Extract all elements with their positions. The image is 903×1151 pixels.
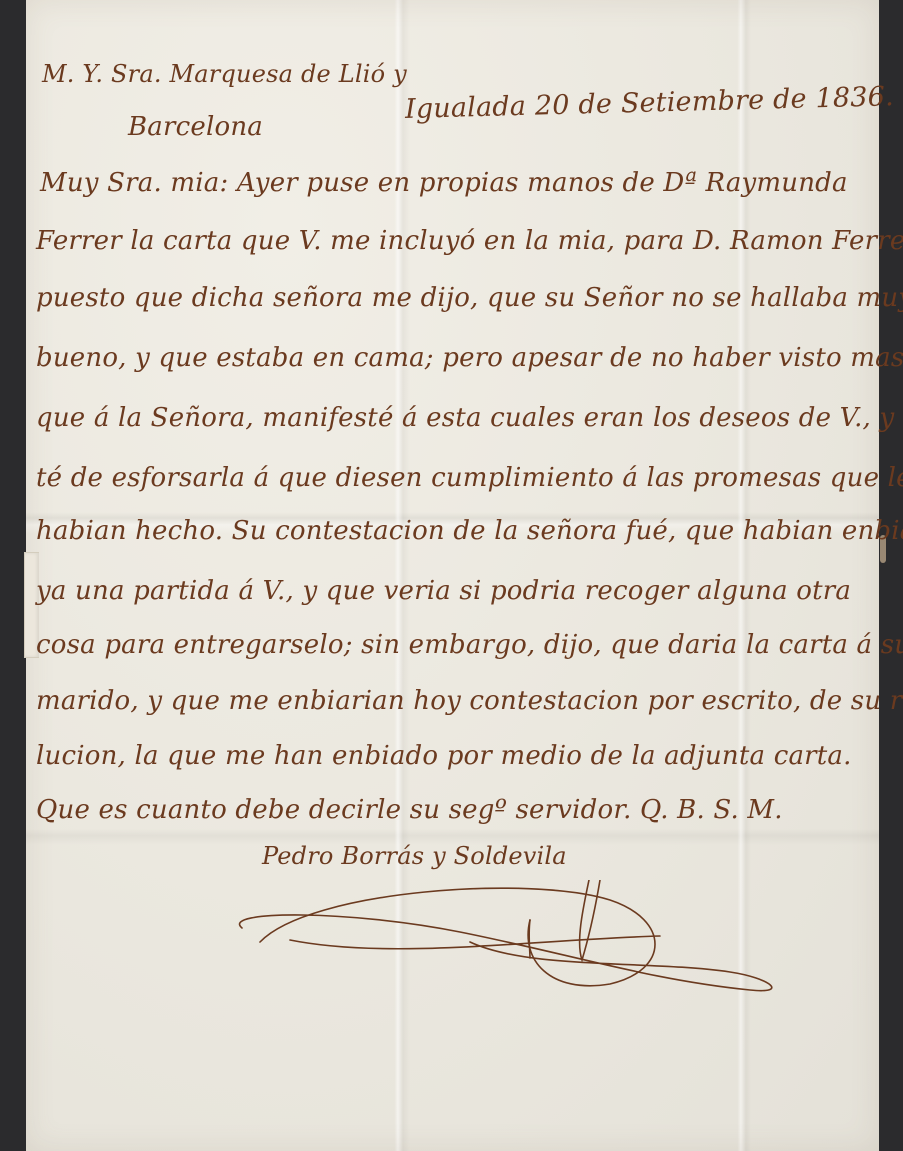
- body-line: té de esforsarla á que diesen cumplimien…: [36, 463, 903, 493]
- addressee-city: Barcelona: [128, 112, 263, 142]
- body-line: habian hecho. Su contestacion de la seño…: [36, 516, 903, 546]
- body-line: Que es cuanto debe decirle su segº servi…: [36, 795, 783, 825]
- body-line: que á la Señora, manifesté á esta cuales…: [36, 403, 903, 433]
- body-line: Muy Sra. mia: Ayer puse en propias manos…: [40, 168, 848, 198]
- signature-name: Pedro Borrás y Soldevila: [262, 842, 567, 870]
- body-line: cosa para entregarselo; sin embargo, dij…: [36, 630, 903, 660]
- body-line: lucion, la que me han enbiado por medio …: [36, 741, 852, 771]
- body-line: marido, y que me enbiarian hoy contestac…: [36, 686, 903, 716]
- body-line: Ferrer la carta que V. me incluyó en la …: [36, 226, 903, 256]
- body-line: puesto que dicha señora me dijo, que su …: [36, 283, 903, 313]
- body-line: ya una partida á V., y que veria si podr…: [36, 576, 851, 606]
- body-line: bueno, y que estaba en cama; pero apesar…: [36, 343, 903, 373]
- signature-flourish-icon: [230, 880, 790, 1000]
- addressee: M. Y. Sra. Marquesa de Llió y: [42, 60, 407, 88]
